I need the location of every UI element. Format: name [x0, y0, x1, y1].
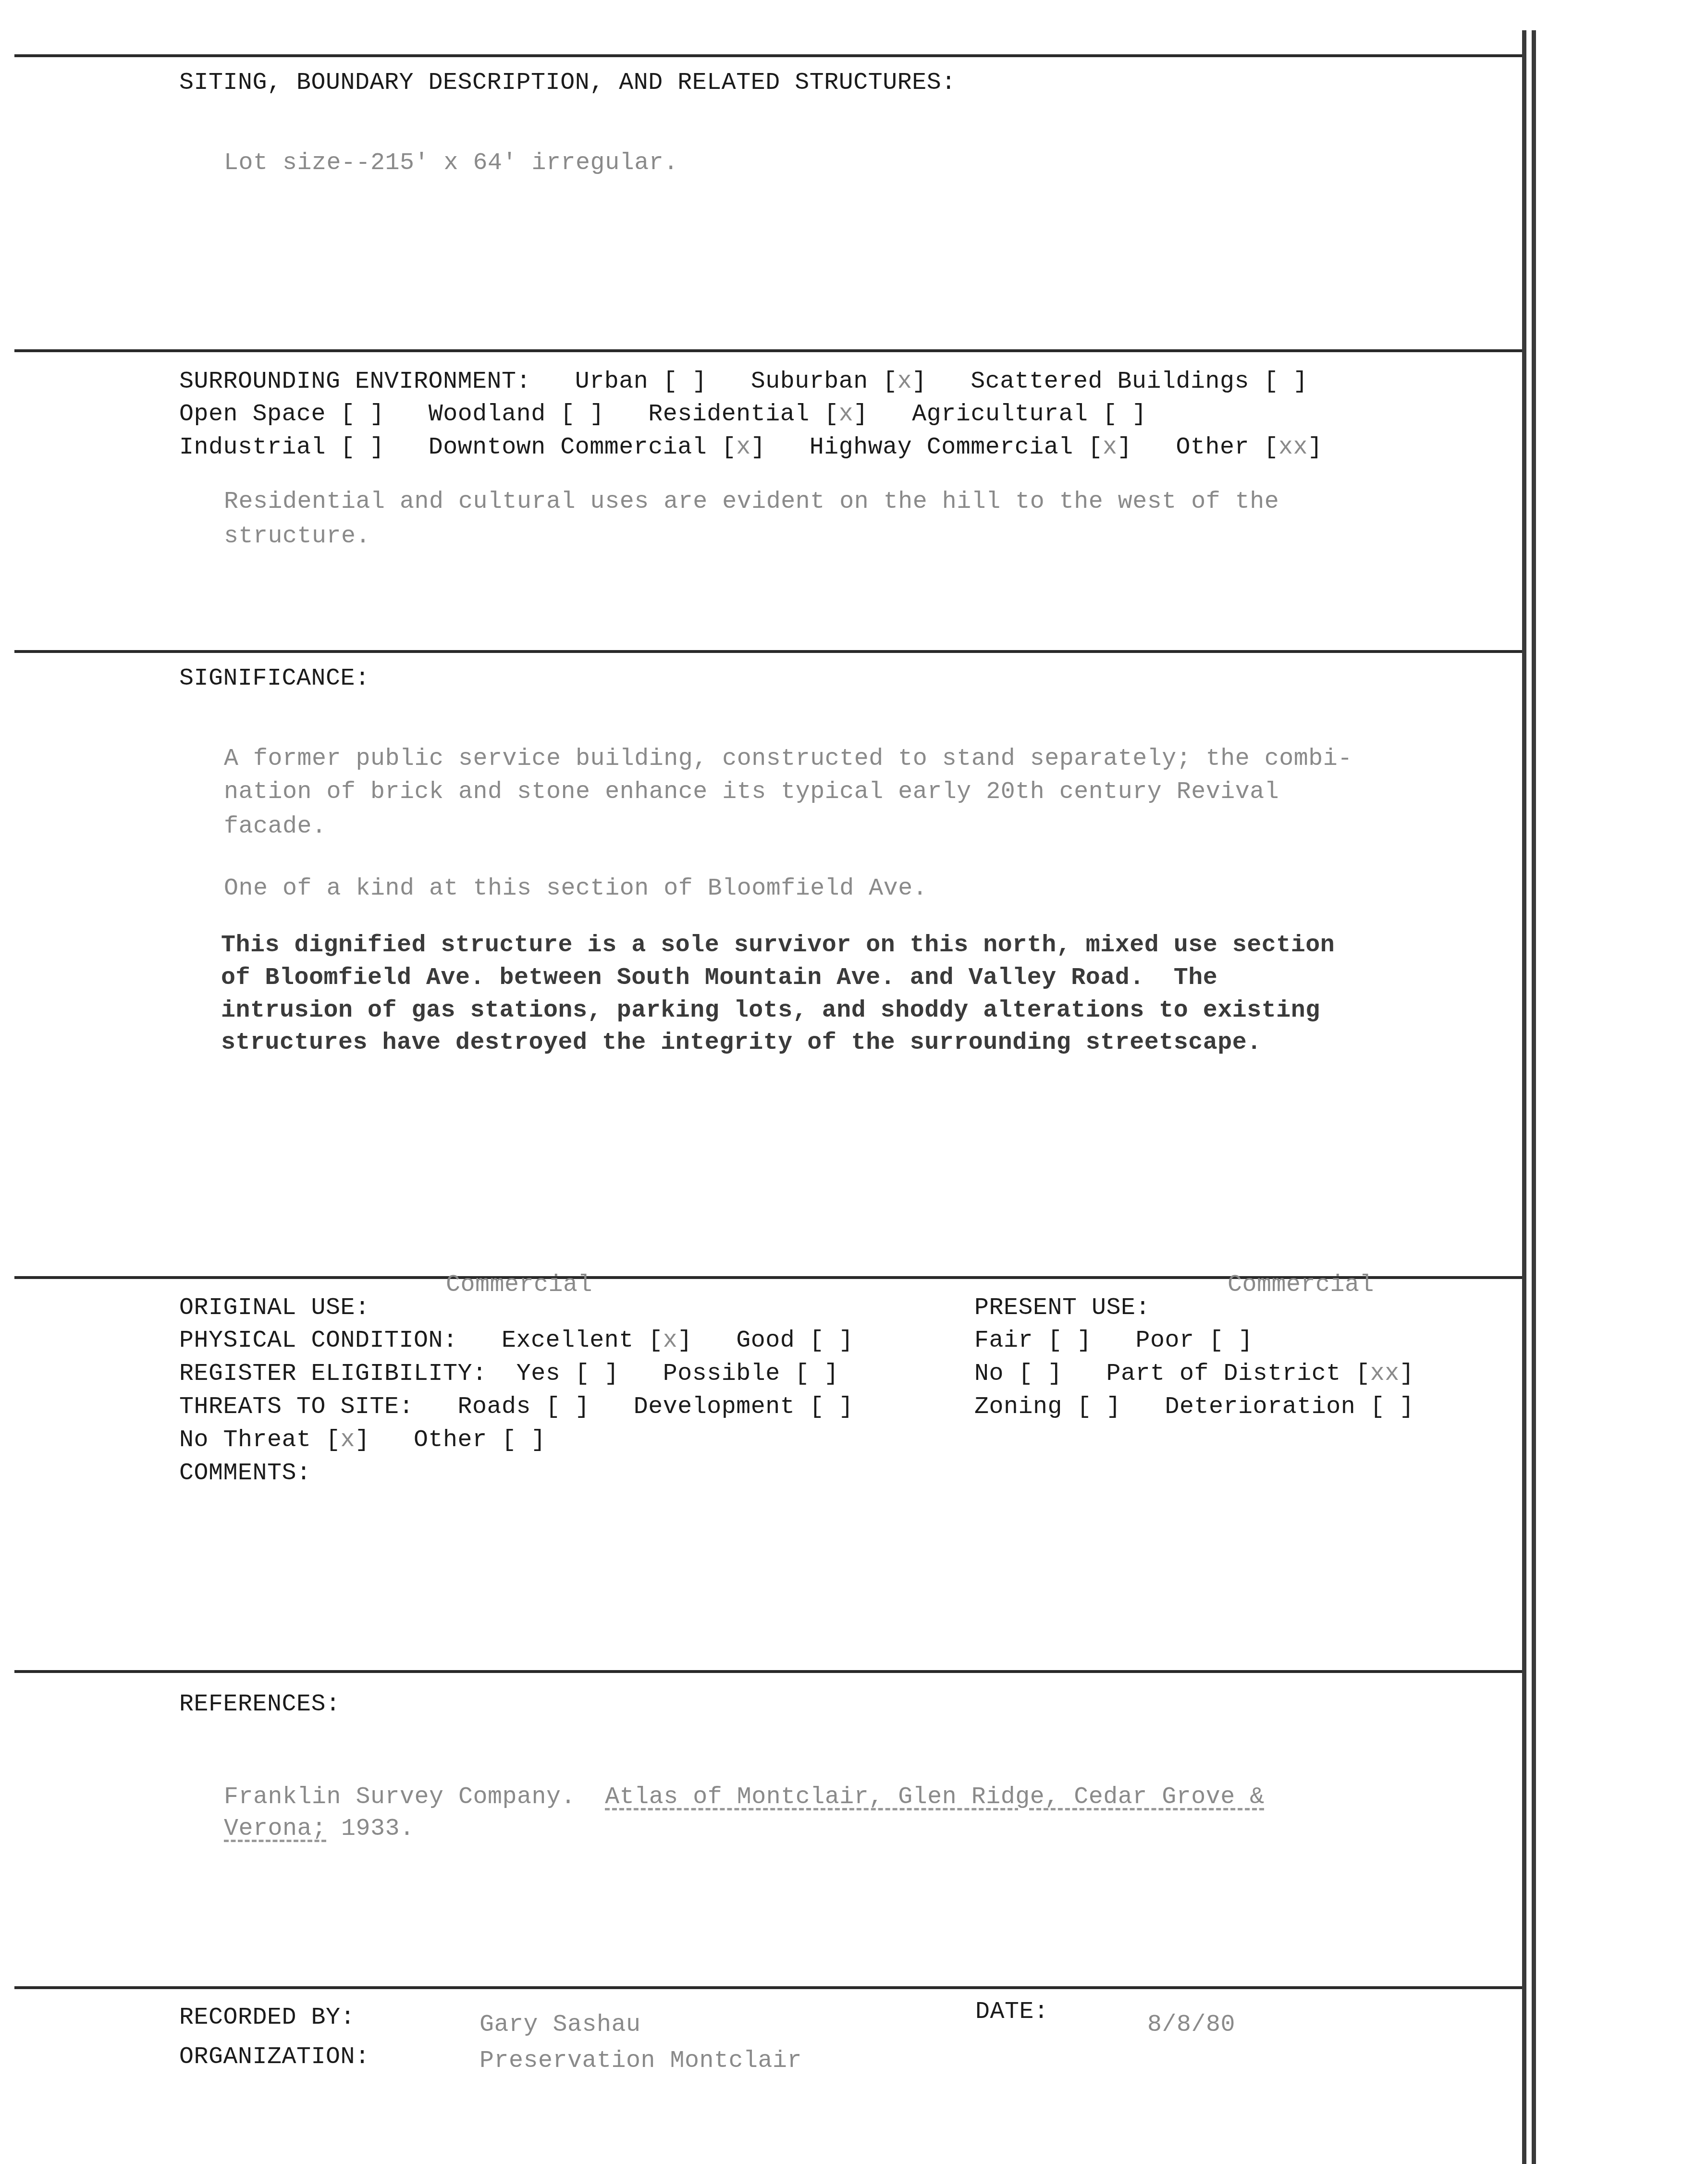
physical-condition-label: PHYSICAL CONDITION: [179, 1327, 458, 1354]
option-excellent[interactable]: Excellent [x] [502, 1327, 692, 1354]
option-scattered-buildings[interactable]: Scattered Buildings [ ] [971, 368, 1308, 395]
register-eligibility-label: REGISTER ELIGIBILITY: [179, 1360, 487, 1388]
significance-para1-line3: facade. [224, 815, 327, 839]
surrounding-header: SURROUNDING ENVIRONMENT: [179, 368, 531, 395]
option-yes[interactable]: Yes [ ] [516, 1360, 619, 1388]
option-deterioration[interactable]: Deterioration [ ] [1165, 1393, 1414, 1421]
surrounding-text-line-1: Residential and cultural uses are eviden… [224, 490, 1279, 514]
option-highway-commercial[interactable]: Highway Commercial [x] [810, 434, 1132, 461]
option-agricultural[interactable]: Agricultural [ ] [912, 401, 1146, 428]
physical-condition-row-right: Fair [ ] Poor [ ] [974, 1329, 1253, 1353]
reference-line-1: Franklin Survey Company. Atlas of Montcl… [224, 1785, 1265, 1809]
reference-year: 1933. [341, 1815, 415, 1843]
register-eligibility-row-right: No [ ] Part of District [xx] [974, 1362, 1414, 1386]
surrounding-line-2: Open Space [ ] Woodland [ ] Residential … [179, 403, 1146, 427]
reference-title: Atlas of Montclair, Glen Ridge, Cedar Gr… [605, 1783, 1265, 1811]
option-other-threat[interactable]: Other [ ] [414, 1426, 546, 1454]
option-fair[interactable]: Fair [ ] [974, 1327, 1092, 1354]
section-divider-top [14, 54, 1523, 57]
option-part-of-district[interactable]: Part of District [xx] [1106, 1360, 1414, 1388]
page-border-inner [1522, 30, 1526, 2164]
significance-para3-line3: intrusion of gas stations, parking lots,… [221, 999, 1320, 1023]
siting-text: Lot size--215' x 64' irregular. [224, 151, 678, 175]
original-use-value: Commercial [446, 1273, 592, 1297]
surrounding-line-1: SURROUNDING ENVIRONMENT: Urban [ ] Subur… [179, 370, 1308, 394]
significance-para1-line1: A former public service building, constr… [224, 747, 1352, 771]
option-zoning[interactable]: Zoning [ ] [974, 1393, 1121, 1421]
date-label: DATE: [975, 2000, 1049, 2024]
reference-author: Franklin Survey Company. [224, 1783, 576, 1811]
comments-label: COMMENTS: [179, 1462, 311, 1486]
significance-para3-line1: This dignified structure is a sole survi… [221, 934, 1335, 958]
threats-row: THREATS TO SITE: Roads [ ] Development [… [179, 1395, 853, 1419]
option-industrial[interactable]: Industrial [ ] [179, 434, 384, 461]
significance-para1-line2: nation of brick and stone enhance its ty… [224, 780, 1279, 804]
threats-row-right: Zoning [ ] Deterioration [ ] [974, 1395, 1414, 1419]
recorded-by-value: Gary Sashau [479, 2013, 641, 2037]
surrounding-line-3: Industrial [ ] Downtown Commercial [x] H… [179, 436, 1323, 460]
option-possible[interactable]: Possible [ ] [663, 1360, 839, 1388]
present-use-label: PRESENT USE: [974, 1296, 1150, 1320]
section-divider-surrounding [14, 349, 1523, 352]
significance-header: SIGNIFICANCE: [179, 667, 370, 691]
section-divider-references [14, 1670, 1523, 1673]
option-poor[interactable]: Poor [ ] [1136, 1327, 1253, 1354]
option-development[interactable]: Development [ ] [634, 1393, 854, 1421]
option-good[interactable]: Good [ ] [736, 1327, 853, 1354]
option-suburban[interactable]: Suburban [x] [751, 368, 927, 395]
recorded-by-label: RECORDED BY: [179, 2006, 355, 2030]
option-urban[interactable]: Urban [ ] [575, 368, 707, 395]
present-use-value: Commercial [1228, 1273, 1374, 1297]
significance-para2: One of a kind at this section of Bloomfi… [224, 877, 927, 901]
significance-para3-line2: of Bloomfield Ave. between South Mountai… [221, 966, 1217, 990]
option-downtown-commercial[interactable]: Downtown Commercial [x] [429, 434, 766, 461]
option-other-environment[interactable]: Other [xx] [1176, 434, 1322, 461]
threats-label: THREATS TO SITE: [179, 1393, 414, 1421]
option-open-space[interactable]: Open Space [ ] [179, 401, 384, 428]
surrounding-text-line-2: structure. [224, 525, 370, 549]
register-eligibility-row: REGISTER ELIGIBILITY: Yes [ ] Possible [… [179, 1362, 839, 1386]
original-use-label: ORIGINAL USE: [179, 1296, 370, 1320]
option-roads[interactable]: Roads [ ] [458, 1393, 590, 1421]
organization-label: ORGANIZATION: [179, 2045, 370, 2069]
reference-title-cont: Verona; [224, 1815, 327, 1843]
reference-line-2: Verona; 1933. [224, 1817, 415, 1841]
siting-header: SITING, BOUNDARY DESCRIPTION, AND RELATE… [179, 71, 956, 95]
section-divider-significance [14, 650, 1523, 653]
option-residential[interactable]: Residential [x] [648, 401, 868, 428]
section-divider-footer [14, 1986, 1523, 1989]
references-header: REFERENCES: [179, 1693, 341, 1717]
option-no[interactable]: No [ ] [974, 1360, 1062, 1388]
organization-value: Preservation Montclair [479, 2049, 802, 2073]
threats-row-2: No Threat [x] Other [ ] [179, 1428, 546, 1452]
physical-condition-row: PHYSICAL CONDITION: Excellent [x] Good [… [179, 1329, 853, 1353]
date-value: 8/8/80 [1147, 2013, 1235, 2037]
option-woodland[interactable]: Woodland [ ] [429, 401, 604, 428]
option-no-threat[interactable]: No Threat [x] [179, 1426, 370, 1454]
page-border-outer [1532, 30, 1536, 2164]
significance-para3-line4: structures have destroyed the integrity … [221, 1031, 1262, 1055]
